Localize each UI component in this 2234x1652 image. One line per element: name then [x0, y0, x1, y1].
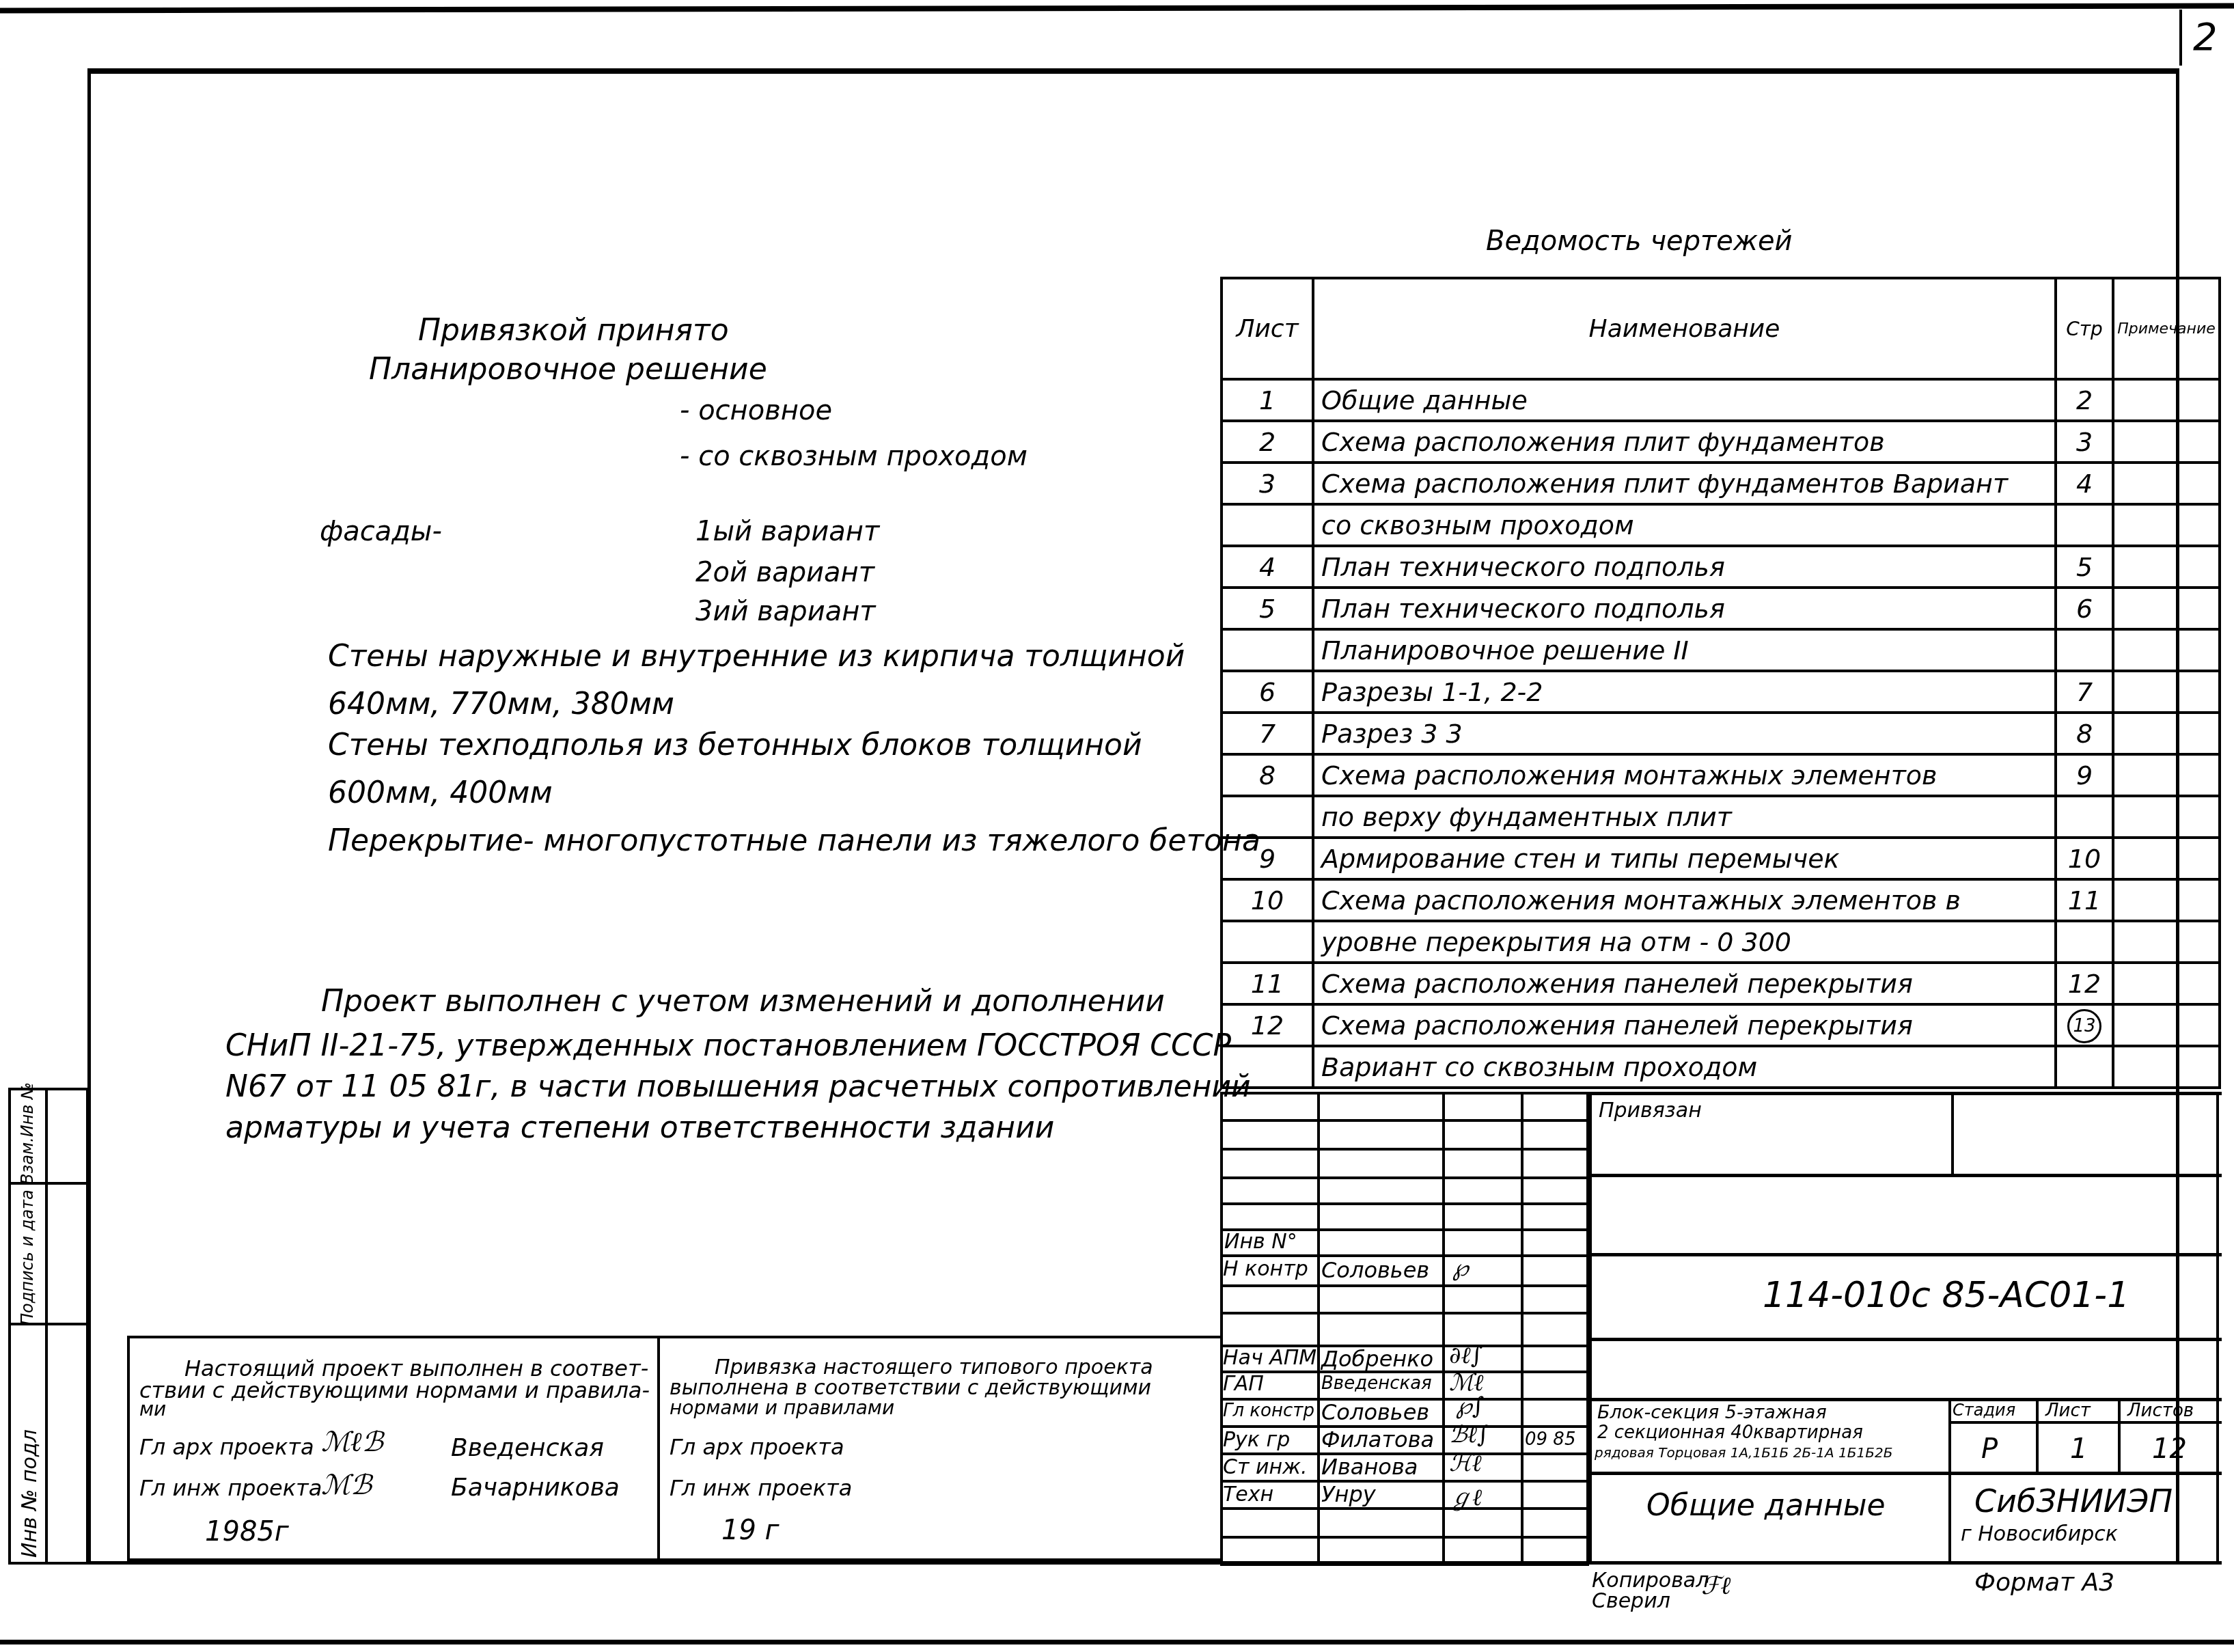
column-header-note: Примечание [2113, 278, 2220, 379]
cell-name: Общие данные [1313, 379, 2056, 421]
cell-sheet: 8 [1222, 754, 1313, 796]
checked-label: Сверил [1592, 1589, 1670, 1613]
chief-engineer-name: Бачарникова [451, 1474, 620, 1502]
name-senior-engineer: Иванова [1321, 1454, 1418, 1480]
cell-note [2113, 838, 2220, 879]
table-row: 3Схема расположения плит фундаментов Вар… [1222, 463, 2220, 504]
project-note-line-3: N67 от 11 05 81г, в части повышения расч… [225, 1069, 1251, 1104]
stage-header: Стадия [1953, 1401, 2015, 1420]
project-note-line-4: арматуры и учета степени ответственности… [225, 1110, 1054, 1145]
table-row: 9Армирование стен и типы перемычек10 [1222, 838, 2220, 879]
drawings-list-table: Лист Наименование Стр Примечание 1Общие … [1220, 277, 2221, 1089]
bound-label: Привязан [1599, 1099, 1702, 1123]
table-row: 11Схема расположения панелей перекрытия1… [1222, 963, 2220, 1004]
cell-note [2113, 463, 2220, 504]
table-row: уровне перекрытия на отм - 0 300 [1222, 921, 2220, 963]
cell-name: Схема расположения панелей перекрытия [1313, 963, 2056, 1004]
name-head-apm: Добренко [1321, 1346, 1433, 1372]
table-row: 6Разрезы 1-1, 2-27 [1222, 671, 2220, 713]
binding-title: Привязкой принято [418, 313, 729, 348]
column-header-page: Стр [2056, 278, 2113, 379]
cell-page: 5 [2056, 546, 2113, 588]
cell-note [2113, 796, 2220, 838]
object-description-line-2: 2 секционная 40квартирная [1597, 1422, 1863, 1443]
cell-note [2113, 629, 2220, 671]
table-header-row: Лист Наименование Стр Примечание [1222, 278, 2220, 379]
binding-chief-architect-label: Гл арх проекта [670, 1434, 844, 1460]
cell-page: 11 [2056, 879, 2113, 921]
planning-option-main: - основное [680, 395, 832, 426]
format-label: Формат А3 [1974, 1569, 2114, 1597]
sheets-value: 12 [2152, 1433, 2187, 1465]
cell-page: 8 [2056, 713, 2113, 754]
table-row: 1Общие данные2 [1222, 379, 2220, 421]
table-row: 12Схема расположения панелей перекрытия1… [1222, 1004, 2220, 1046]
cell-name: План технического подполья [1313, 588, 2056, 629]
name-chief-constructor: Соловьев [1321, 1399, 1429, 1425]
cell-note [2113, 713, 2220, 754]
sheet-header: Лист [2045, 1401, 2091, 1421]
signature-group-head: ℬℓ∫ [1449, 1421, 1489, 1448]
date-group-head: 09 85 [1525, 1429, 1575, 1450]
cell-page [2056, 1046, 2113, 1088]
table-row: Вариант со сквозным проходом [1222, 1046, 2220, 1088]
title-block-main: Привязан 114-010с 85-АС01-1 Блок-секция … [1589, 1092, 2219, 1565]
cell-name: Армирование стен и типы перемычек [1313, 838, 2056, 879]
side-cell-original-inv: Инв № подл [8, 1323, 89, 1565]
cell-name: Схема расположения плит фундаментов Вари… [1313, 463, 2056, 504]
role-chief-constructor: Гл констр [1223, 1401, 1314, 1421]
drawings-list-body: 1Общие данные22Схема расположения плит ф… [1222, 379, 2220, 1088]
cell-sheet [1222, 1046, 1313, 1088]
table-row: 10Схема расположения монтажных элементов… [1222, 879, 2220, 921]
drawings-list-title: Ведомость чертежей [1486, 225, 1793, 257]
cell-page: 9 [2056, 754, 2113, 796]
side-cell-replaced-inv: Взам.Инв № [8, 1088, 89, 1185]
facades-label: фасады- [320, 516, 442, 547]
cell-sheet [1222, 796, 1313, 838]
name-group-head: Филатова [1321, 1427, 1434, 1453]
cell-note [2113, 1004, 2220, 1046]
inv-number-label: Инв N° [1224, 1230, 1297, 1254]
cell-page [2056, 504, 2113, 546]
cell-sheet: 7 [1222, 713, 1313, 754]
cell-page: 7 [2056, 671, 2113, 713]
circled-page-number: 13 [2067, 1009, 2101, 1043]
column-header-name: Наименование [1313, 278, 2056, 379]
object-description-line-1: Блок-секция 5-этажная [1597, 1402, 1827, 1423]
cell-note [2113, 1046, 2220, 1088]
planning-option-passage: - со сквозным проходом [680, 441, 1028, 472]
cell-name: Схема расположения плит фундаментов [1313, 421, 2056, 463]
chief-architect-signature: ℳℓℬ [321, 1426, 383, 1458]
table-row: со сквозным проходом [1222, 504, 2220, 546]
sheet-top-edge [0, 3, 2234, 14]
binding-note-line-3: нормами и правилами [670, 1396, 894, 1419]
author-note-line-2: ствии с действующими нормами и правила- [139, 1377, 650, 1403]
cell-name: Разрезы 1-1, 2-2 [1313, 671, 2056, 713]
role-technician: Техн [1223, 1483, 1273, 1506]
column-header-sheet: Лист [1222, 278, 1313, 379]
stage-value: Р [1981, 1433, 1998, 1465]
side-label-original-inv: Инв № подл [18, 1429, 42, 1558]
cell-page: 2 [2056, 379, 2113, 421]
side-label-replaced-inv: Взам.Инв № [18, 1082, 37, 1185]
organization-city: г Новосибирск [1961, 1522, 2118, 1546]
cell-name: Схема расположения панелей перекрытия [1313, 1004, 2056, 1046]
cell-note [2113, 504, 2220, 546]
facade-option-1: 1ый вариант [695, 516, 879, 547]
cell-sheet: 6 [1222, 671, 1313, 713]
cell-sheet: 11 [1222, 963, 1313, 1004]
chief-architect-label: Гл арх проекта [139, 1434, 314, 1460]
role-gap: ГАП [1223, 1372, 1264, 1396]
sheet-bottom-edge [0, 1640, 2234, 1644]
cell-sheet: 2 [1222, 421, 1313, 463]
chief-architect-name: Введенская [451, 1434, 604, 1462]
cell-note [2113, 879, 2220, 921]
approval-grid: Инв N° Н контр Соловьев ℘ Нач АПМ Добрен… [1220, 1092, 1589, 1565]
signature-chief-constructor: ℘∫ [1456, 1392, 1484, 1420]
cell-page [2056, 629, 2113, 671]
author-note-line-3: ми [139, 1398, 166, 1420]
document-code: 114-010с 85-АС01-1 [1763, 1275, 2129, 1316]
cell-page: 3 [2056, 421, 2113, 463]
floors-line: Перекрытие- многопустотные панели из тяж… [328, 823, 1260, 858]
cell-sheet [1222, 921, 1313, 963]
role-norm-control: Н контр [1223, 1257, 1308, 1281]
cell-sheet: 3 [1222, 463, 1313, 504]
cell-sheet: 4 [1222, 546, 1313, 588]
cell-name: уровне перекрытия на отм - 0 300 [1313, 921, 2056, 963]
table-row: 4План технического подполья5 [1222, 546, 2220, 588]
cell-page: 13 [2056, 1004, 2113, 1046]
cell-name: по верху фундаментных плит [1313, 796, 2056, 838]
role-head-apm: Нач АПМ [1223, 1346, 1316, 1370]
cell-sheet: 1 [1222, 379, 1313, 421]
object-description-line-3: рядовая Торцовая 1А,1Б1Б 2Б-1А 1Б1Б2Б [1595, 1444, 1892, 1461]
cell-name: Разрез 3 3 [1313, 713, 2056, 754]
cell-page: 10 [2056, 838, 2113, 879]
table-row: 7Разрез 3 38 [1222, 713, 2220, 754]
chief-engineer-signature: ℳℬ [321, 1470, 372, 1501]
author-note-box: Настоящий проект выполнен в соответ- ств… [127, 1336, 660, 1561]
cell-sheet: 12 [1222, 1004, 1313, 1046]
cell-page: 6 [2056, 588, 2113, 629]
basement-line-2: 600мм, 400мм [328, 775, 553, 810]
binding-note-year: 19 г [721, 1515, 780, 1546]
signature-head-apm: ∂ℓ∫ [1449, 1342, 1483, 1369]
side-stamp-strip: Взам.Инв № Подпись и дата Инв № подл [8, 1088, 89, 1565]
name-norm-control: Соловьев [1321, 1257, 1429, 1283]
signature-technician: ℊℓ [1449, 1478, 1482, 1512]
cell-note [2113, 379, 2220, 421]
side-label-signature-date: Подпись и дата [18, 1189, 37, 1325]
cell-page: 12 [2056, 963, 2113, 1004]
title-block: Инв N° Н контр Соловьев ℘ Нач АПМ Добрен… [1220, 1092, 2219, 1565]
cell-name: Схема расположения монтажных элементов [1313, 754, 2056, 796]
basement-line-1: Стены техподполья из бетонных блоков тол… [328, 728, 1142, 762]
cell-note [2113, 671, 2220, 713]
project-note-line-1: Проект выполнен с учетом изменений и доп… [321, 984, 1165, 1019]
cell-name: Планировочное решение II [1313, 629, 2056, 671]
binding-chief-engineer-label: Гл инж проекта [670, 1475, 852, 1501]
table-row: 5План технического подполья6 [1222, 588, 2220, 629]
cell-sheet: 9 [1222, 838, 1313, 879]
binding-note-box: Привязка настоящего типового проекта вып… [657, 1336, 1223, 1561]
cell-note [2113, 754, 2220, 796]
cell-page: 4 [2056, 463, 2113, 504]
copier-signature: ℱℓ [1701, 1571, 1730, 1600]
cell-sheet [1222, 629, 1313, 671]
table-row: Планировочное решение II [1222, 629, 2220, 671]
facade-option-2: 2ой вариант [695, 557, 874, 588]
cell-note [2113, 421, 2220, 463]
cell-sheet: 10 [1222, 879, 1313, 921]
role-group-head: Рук гр [1223, 1428, 1290, 1452]
sheet-value: 1 [2070, 1433, 2087, 1465]
cell-name: Схема расположения монтажных элементов в [1313, 879, 2056, 921]
cell-note [2113, 963, 2220, 1004]
cell-page [2056, 796, 2113, 838]
walls-line-1: Стены наружные и внутренние из кирпича т… [328, 639, 1185, 674]
cell-page [2056, 921, 2113, 963]
cell-sheet: 5 [1222, 588, 1313, 629]
facade-option-3: 3ий вариант [695, 596, 876, 627]
sheet-title: Общие данные [1646, 1488, 1886, 1523]
table-row: 8Схема расположения монтажных элементов9 [1222, 754, 2220, 796]
role-senior-engineer: Ст инж. [1223, 1455, 1308, 1479]
walls-line-2: 640мм, 770мм, 380мм [328, 687, 674, 721]
page-number: 2 [2193, 15, 2218, 59]
side-cell-signature-date: Подпись и дата [8, 1182, 89, 1325]
table-row: 2Схема расположения плит фундаментов3 [1222, 421, 2220, 463]
cell-name: со сквозным проходом [1313, 504, 2056, 546]
project-note-line-2: СНиП II-21-75, утвержденных постановлени… [225, 1028, 1231, 1063]
cell-sheet [1222, 504, 1313, 546]
cell-name: Вариант со сквозным проходом [1313, 1046, 2056, 1088]
chief-engineer-label: Гл инж проекта [139, 1475, 322, 1501]
author-note-year: 1985г [205, 1516, 289, 1547]
cell-note [2113, 588, 2220, 629]
table-row: по верху фундаментных плит [1222, 796, 2220, 838]
cell-name: План технического подполья [1313, 546, 2056, 588]
cell-note [2113, 921, 2220, 963]
cell-note [2113, 546, 2220, 588]
signature-senior-engineer: ℋℓ [1449, 1450, 1482, 1477]
sheets-header: Листов [2127, 1401, 2194, 1421]
planning-label: Планировочное решение [369, 352, 767, 387]
organization-name: СибЗНИИЭП [1974, 1483, 2173, 1519]
signature-norm-control: ℘ [1452, 1254, 1469, 1282]
name-technician: Унру [1321, 1481, 1376, 1507]
name-gap: Введенская [1321, 1373, 1432, 1394]
